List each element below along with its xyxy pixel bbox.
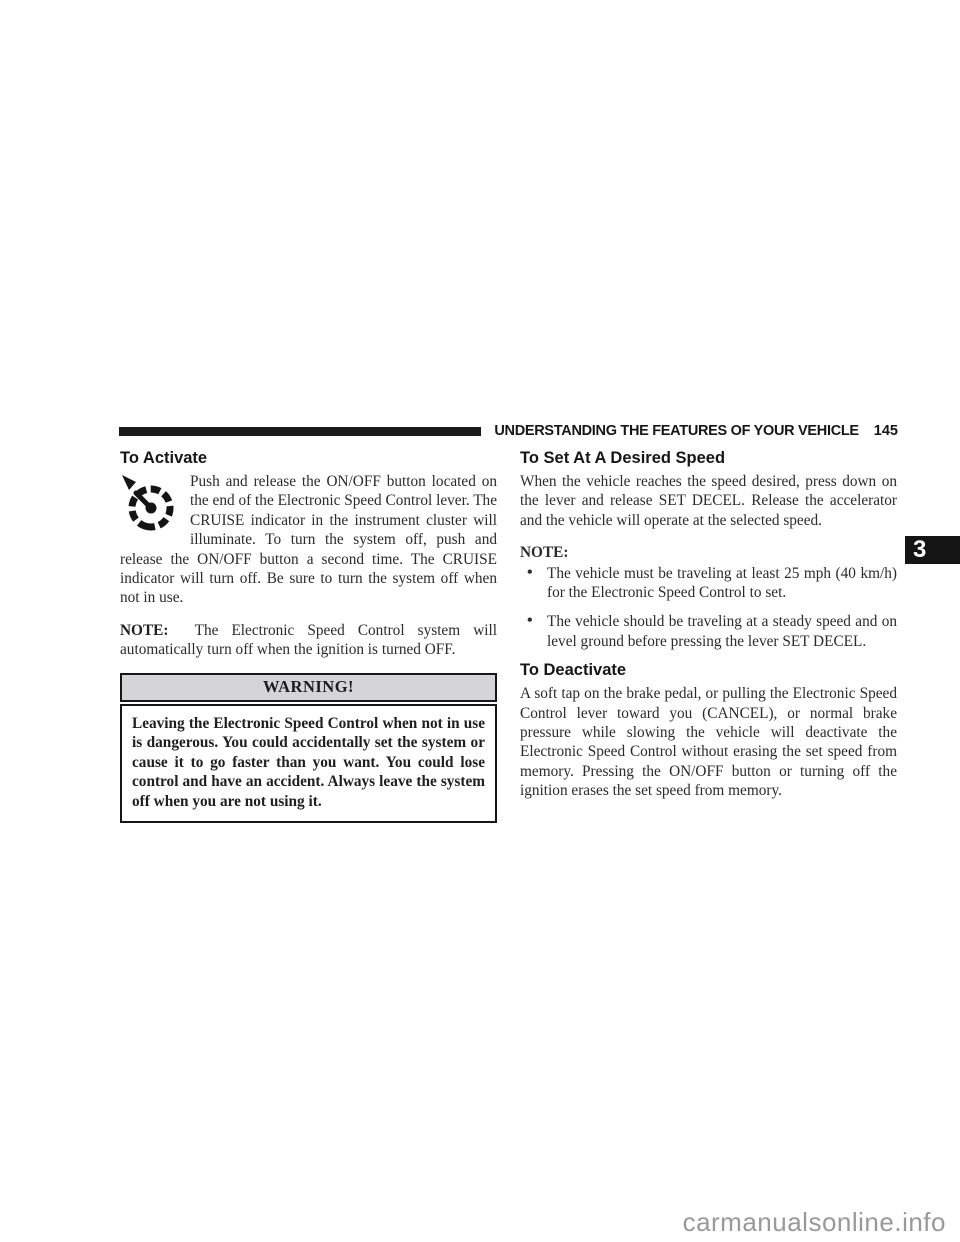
note-paragraph-left: NOTE: The Electronic Speed Control syste… <box>120 621 497 660</box>
to-activate-paragraph: Push and release the ON/OFF button locat… <box>120 472 497 608</box>
warning-box: WARNING! Leaving the Electronic Speed Co… <box>120 673 497 823</box>
bullet-text-1: The vehicle must be traveling at least 2… <box>547 565 897 601</box>
warning-body-text: Leaving the Electronic Speed Control whe… <box>120 704 497 823</box>
bullet-icon: • <box>527 611 533 630</box>
header-rule-bar <box>119 427 481 436</box>
bullet-text-2: The vehicle should be traveling at a ste… <box>547 613 897 649</box>
page-content: To Activate Push and release the ON/OFF … <box>120 449 898 823</box>
bullet-icon: • <box>527 563 533 582</box>
section-heading-set-speed: To Set At A Desired Speed <box>520 449 897 467</box>
chapter-tab: 3 <box>905 536 960 564</box>
running-header-title: UNDERSTANDING THE FEATURES OF YOUR VEHIC… <box>494 423 858 439</box>
set-speed-paragraph: When the vehicle reaches the speed desir… <box>520 472 897 530</box>
note-label-right: NOTE: <box>520 543 897 562</box>
note-label: NOTE: <box>120 622 168 639</box>
running-header: UNDERSTANDING THE FEATURES OF YOUR VEHIC… <box>119 421 898 441</box>
list-item: • The vehicle must be traveling at least… <box>520 564 897 603</box>
note-bullet-list: • The vehicle must be traveling at least… <box>520 564 897 652</box>
page-number: 145 <box>874 423 898 439</box>
manual-page: UNDERSTANDING THE FEATURES OF YOUR VEHIC… <box>0 0 960 1242</box>
watermark-text: carmanualsonline.info <box>683 1207 946 1238</box>
list-item: • The vehicle should be traveling at a s… <box>520 612 897 651</box>
note-text: The Electronic Speed Control system will… <box>120 622 497 658</box>
section-heading-to-deactivate: To Deactivate <box>520 661 897 679</box>
left-column: To Activate Push and release the ON/OFF … <box>120 449 497 823</box>
section-heading-to-activate: To Activate <box>120 449 497 467</box>
to-deactivate-paragraph: A soft tap on the brake pedal, or pullin… <box>520 684 897 800</box>
warning-title: WARNING! <box>120 673 497 702</box>
right-column: To Set At A Desired Speed When the vehic… <box>520 449 897 823</box>
cruise-control-gauge-icon <box>120 474 186 548</box>
